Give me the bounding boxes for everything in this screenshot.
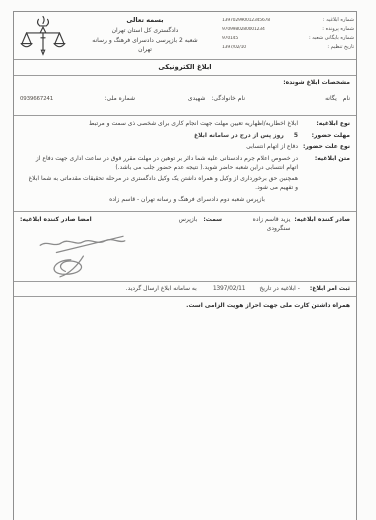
recipient-section-title: مشخصات ابلاغ شونده: [20,79,350,88]
deadline-number: 5 [294,132,298,141]
issue-date-value: 1397/02/10 [222,45,296,52]
recipient-section: مشخصات ابلاغ شونده: نام یگانه نام خانواد… [14,75,356,115]
meta-row-issue-date: تاریخ تنظیم : 1397/02/10 [222,44,354,52]
family-label: نام خانوادگی: [211,95,245,104]
field-deadline: مهلت حضور: 5روز پس از درج در سامانه ابلا… [24,132,350,141]
header-meta-numbers: شماره ابلاغیه : 139702990012345678 شماره… [218,12,356,59]
bismillah-text: بسمه تعالی [72,16,218,25]
signature-label: امضا صادر کننده ابلاغیه: [20,216,112,225]
national-id-label: شماره ملی: [105,95,136,104]
deadline-label: مهلت حضور: [298,132,350,141]
position-label: سمت: [203,216,222,225]
note-indent [298,175,350,192]
national-card-note: همراه داشتن کارت ملی جهت احراز هویت الزا… [20,302,350,311]
register-date: 1397/02/11 [213,285,246,294]
meta-row-case-no: شماره پرونده : 9709980280001234 [222,26,354,34]
meta-row-archive-no: شماره بایگانی شعبه : 970145 [222,35,354,43]
name-label: نام [343,95,350,104]
judiciary-emblem [14,12,72,59]
archive-no-value: 970145 [222,36,296,43]
recipient-nid-group: شماره ملی: [60,95,135,104]
notification-document: شماره ابلاغیه : 139702990012345678 شماره… [13,11,357,520]
notification-no-value: 139702990012345678 [222,18,296,25]
type-value: ابلاغ اخطاریه/اظهاریه تعیین مهلت جهت انج… [24,120,298,129]
notification-no-label: شماره ابلاغیه : [296,17,354,24]
header-titles: بسمه تعالی دادگستری کل استان تهران شعبه … [72,12,218,59]
national-id-value: 0939667241 [20,96,60,104]
case-no-value: 9709980280001234 [222,27,296,34]
document-header: شماره ابلاغیه : 139702990012345678 شماره… [14,12,356,59]
body-label: متن ابلاغیه: [298,155,350,172]
register-label: ثبت امر ابلاغ: [310,285,350,294]
type-label: نوع ابلاغیه: [298,120,350,129]
name-value: یگانه [325,95,337,104]
register-post-text: به سامانه ابلاغ ارسال گردید. [126,285,197,294]
position-group: سمت: بازپرس [112,216,222,225]
register-section: ثبت امر ابلاغ: - ابلاغیه در تاریخ 1397/0… [14,281,356,296]
issuer-name: یزید قاسم زاده سنگرودی [230,216,290,233]
deadline-text: روز پس از درج در سامانه ابلاغ [194,132,284,139]
register-pre-text: - ابلاغیه در تاریخ [259,285,299,294]
deadline-value-wrap: 5روز پس از درج در سامانه ابلاغ [24,132,298,141]
recipient-row: نام یگانه نام خانوادگی: شهیدی شماره ملی:… [20,95,350,104]
lawyer-rights-note: همچنین حق برخورداری از وکیل و همراه داشت… [24,175,350,192]
reason-label: نوع علت حضور: [298,143,350,152]
issuer-section: صادر کننده ابلاغیه: یزید قاسم زاده سنگرو… [14,211,356,281]
field-body: متن ابلاغیه: در خصوص اعلام جرم دادستانی … [24,155,350,172]
case-no-label: شماره پرونده : [296,26,354,33]
archive-no-label: شماره بایگانی شعبه : [296,35,354,42]
handwritten-signature [24,234,141,280]
reason-value: دفاع از اتهام انتسابی [24,143,298,152]
body-value: در خصوص اعلام جرم دادستانی علیه شما دائر… [24,155,298,172]
org-title: دادگستری کل استان تهران [72,27,218,36]
issuer-row: صادر کننده ابلاغیه: یزید قاسم زاده سنگرو… [20,216,350,233]
position-value: بازپرس [179,216,198,225]
signature-scribble-icon [24,234,141,280]
lawyer-rights-text: همچنین حق برخورداری از وکیل و همراه داشت… [24,175,298,192]
issuer-label: صادر کننده ابلاغیه: [294,216,350,233]
recipient-family-group: نام خانوادگی: شهیدی [135,95,245,104]
field-type: نوع ابلاغیه: ابلاغ اخطاریه/اظهاریه تعیین… [24,120,350,129]
field-reason: نوع علت حضور: دفاع از اتهام انتسابی [24,143,350,152]
doc-title-text: ابلاغ الکترونیکی [158,63,211,73]
branch-title: شعبه 2 بازپرسی دادسرای فرهنگ و رسانه تهر… [85,37,205,54]
recipient-name-group: نام یگانه [245,95,350,104]
doc-title-bar: ابلاغ الکترونیکی [14,59,356,75]
issuer-group: صادر کننده ابلاغیه: یزید قاسم زاده سنگرو… [222,216,350,233]
notification-fields-section: نوع ابلاغیه: ابلاغ اخطاریه/اظهاریه تعیین… [14,115,356,211]
issue-date-label: تاریخ تنظیم : [296,44,354,51]
bottom-note-section: همراه داشتن کارت ملی جهت احراز هویت الزا… [14,296,356,520]
scales-of-justice-icon [18,14,68,60]
meta-row-notification-no: شماره ابلاغیه : 139702990012345678 [222,17,354,25]
officer-signature-line: بازپرس شعبه دوم دادسرای فرهنگ و رسانه ته… [24,196,350,205]
family-value: شهیدی [188,95,205,104]
